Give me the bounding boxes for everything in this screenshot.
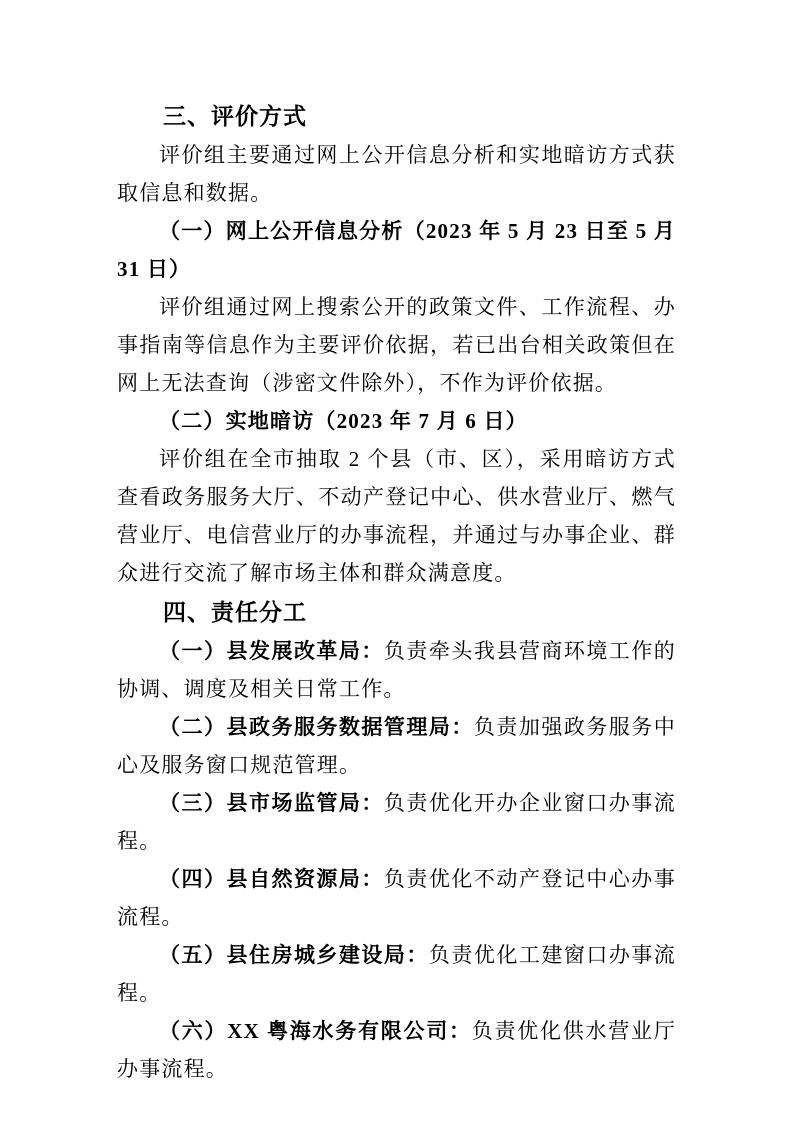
responsibility-item-4: （四）县自然资源局：负责优化不动产登记中心办事流程。 — [117, 860, 676, 936]
responsibility-item-3: （三）县市场监管局：负责优化开办企业窗口办事流程。 — [117, 784, 676, 860]
paragraph-evaluation-overview: 评价组主要通过网上公开信息分析和实地暗访方式获取信息和数据。 — [117, 136, 676, 212]
responsibility-item-6: （六）XX 粤海水务有限公司：负责优化供水营业厅办事流程。 — [117, 1012, 676, 1088]
responsibility-item-5-department: （五）县住房城乡建设局： — [159, 943, 429, 967]
paragraph-site-visit-detail: 评价组在全市抽取 2 个县（市、区），采用暗访方式查看政务服务大厅、不动产登记中… — [117, 440, 676, 592]
responsibility-item-2-department: （二）县政务服务数据管理局： — [159, 715, 474, 739]
responsibility-item-2: （二）县政务服务数据管理局：负责加强政务服务中心及服务窗口规范管理。 — [117, 708, 676, 784]
responsibility-item-1: （一）县发展改革局：负责牵头我县营商环境工作的协调、调度及相关日常工作。 — [117, 632, 676, 708]
paragraph-online-info-detail: 评价组通过网上搜索公开的政策文件、工作流程、办事指南等信息作为主要评价依据，若已… — [117, 288, 676, 402]
responsibility-item-4-department: （四）县自然资源局： — [159, 867, 384, 891]
responsibility-item-6-department: （六）XX 粤海水务有限公司： — [159, 1019, 472, 1043]
section-heading-evaluation-method: 三、评价方式 — [117, 96, 676, 136]
subheading-site-visit: （二）实地暗访（2023 年 7 月 6 日） — [117, 402, 676, 440]
section-heading-responsibility: 四、责任分工 — [117, 592, 676, 632]
responsibility-item-1-department: （一）县发展改革局： — [159, 639, 384, 663]
subheading-online-info-analysis: （一）网上公开信息分析（2023 年 5 月 23 日至 5 月 31 日） — [117, 212, 676, 288]
responsibility-item-3-department: （三）县市场监管局： — [159, 791, 384, 815]
responsibility-item-5: （五）县住房城乡建设局：负责优化工建窗口办事流程。 — [117, 936, 676, 1012]
document-page: 三、评价方式 评价组主要通过网上公开信息分析和实地暗访方式获取信息和数据。 （一… — [0, 0, 793, 1122]
